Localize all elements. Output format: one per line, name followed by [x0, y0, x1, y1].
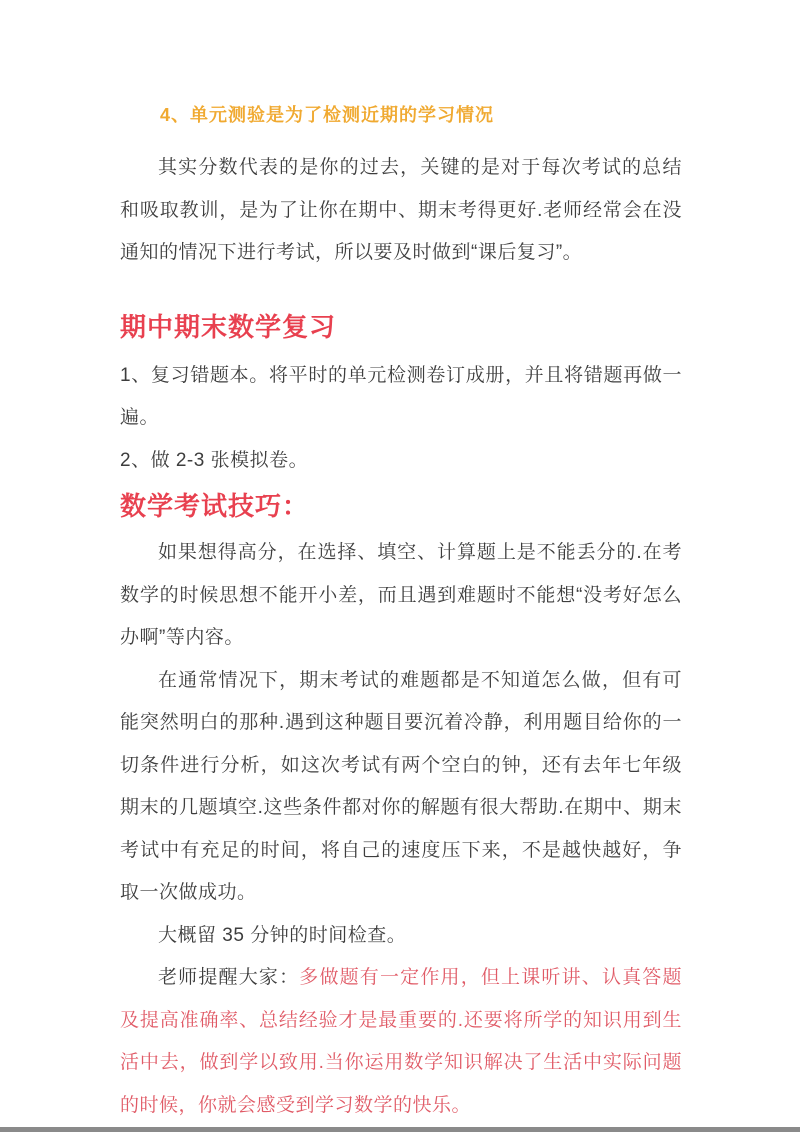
- paragraph-unit-test: 其实分数代表的是你的过去，关键的是对于每次考试的总结和吸取教训，是为了让你在期中…: [120, 147, 682, 275]
- review-step-item: 2、做 2-3 张模拟卷。: [120, 440, 682, 483]
- page-bottom-divider: [0, 1127, 800, 1132]
- review-steps-list: 1、复习错题本。将平时的单元检测卷订成册，并且将错题再做一遍。 2、做 2-3 …: [120, 355, 682, 483]
- document-content: 4、单元测验是为了检测近期的学习情况 其实分数代表的是你的过去，关键的是对于每次…: [0, 0, 800, 1127]
- teacher-reminder-text: 多做题有一定作用，但上课听讲、认真答题及提高准确率、总结经验才是最重要的.还要将…: [120, 967, 682, 1116]
- section-heading-midterm-review: 期中期末数学复习: [120, 311, 682, 343]
- review-step-item: 1、复习错题本。将平时的单元检测卷订成册，并且将错题再做一遍。: [120, 355, 682, 440]
- section-heading-exam-tips: 数学考试技巧：: [120, 490, 682, 522]
- document-page: 4、单元测验是为了检测近期的学习情况 其实分数代表的是你的过去，关键的是对于每次…: [0, 0, 800, 1132]
- tips-paragraph-hard-questions: 在通常情况下，期末考试的难题都是不知道怎么做，但有可能突然明白的那种.遇到这种题…: [120, 660, 682, 915]
- section-heading-unit-test: 4、单元测验是为了检测近期的学习情况: [120, 103, 682, 127]
- teacher-reminder-label: 老师提醒大家：: [158, 967, 299, 988]
- tips-paragraph-check-time: 大概留 35 分钟的时间检查。: [120, 915, 682, 958]
- teacher-reminder-paragraph: 老师提醒大家：多做题有一定作用，但上课听讲、认真答题及提高准确率、总结经验才是最…: [120, 957, 682, 1127]
- tips-paragraph-scoring: 如果想得高分，在选择、填空、计算题上是不能丢分的.在考数学的时候思想不能开小差，…: [120, 532, 682, 660]
